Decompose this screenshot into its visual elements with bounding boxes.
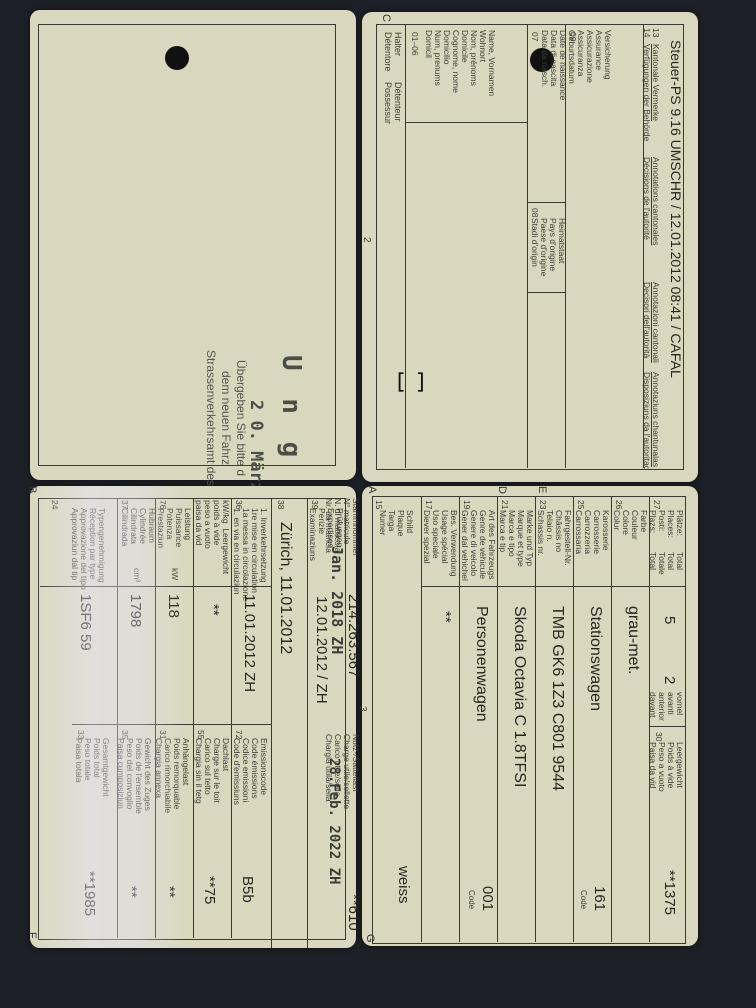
registration-number-label: Stammnummer N° matricule N. di matricola…	[324, 498, 360, 556]
name-field-label: Name, Vornamen Wohnort Nom, prénoms Domi…	[424, 30, 496, 96]
section-letter-c: C	[380, 14, 392, 22]
type-approval-value: 1SF6 59	[77, 594, 94, 651]
first-registration-value: 11.01.2012 ZH	[241, 594, 258, 692]
roof-load-label: Dachlast Charge sur le toit Carico sul t…	[194, 738, 230, 804]
power-weight-value: **	[205, 604, 222, 616]
emission-code-value: B5b	[239, 876, 256, 903]
vehicle-kind-code: 001	[479, 886, 496, 911]
emission-code-label: Emissionscode Code émissions Codice emis…	[232, 738, 268, 805]
registration-number-strip: Stammnummer N° matricule N. di matricola…	[340, 494, 362, 946]
registration-number-value: 214.263.567	[345, 594, 362, 677]
seats-total-value: 5	[661, 616, 678, 624]
technical-page-content: B 24 Typengenehmigung Réception par type…	[30, 486, 356, 948]
body-value: Stationswagen	[586, 606, 604, 711]
chassis-number-label: Fahrgestell-Nr. Châssis no Telaio n. Sch…	[536, 510, 572, 566]
power-weight-label: kW/kg Leergewicht poids à vide peso a vu…	[194, 500, 230, 574]
colour-label: Farbe Couleur Colore Colur	[612, 510, 648, 540]
first-registration-label: 1. Inverkehrsetzung 1re mise en circulat…	[232, 508, 268, 601]
plate-colour-value: weiss	[395, 866, 412, 904]
place-date-value: Zürich, 11.01.2012	[276, 522, 294, 654]
back-page-panel: U n g ü l 2 0. März 2 Übergeben Sie bitt…	[30, 10, 356, 480]
payload-value: **610	[345, 894, 362, 931]
holder-page-content: C Halter Détentore Détenteur Possessur 0…	[362, 12, 698, 482]
make-model-value: Skoda Octavia C 1.8TFSI	[510, 606, 528, 787]
holder-page-panel: C Halter Détentore Détenteur Possessur 0…	[362, 12, 698, 482]
colour-value: grau-met.	[624, 606, 642, 674]
special-use-label: Bes. Verwendung Usage spécial Uso specia…	[422, 510, 458, 577]
chassis-number-value: TMB GK6 1Z3 C801 9544	[548, 606, 566, 791]
vehicle-kind-value: Personenwagen	[472, 606, 490, 722]
holder-header-de: Halter	[393, 32, 402, 56]
insurance-label: Versicherung Assurance Assicurazione Ass…	[576, 30, 612, 83]
displacement-label: Hubraum Cylindrée Cilindrata Cilindrada	[120, 508, 156, 546]
gross-weight-value: **1985	[81, 871, 98, 916]
roof-load-value: **75	[201, 876, 218, 904]
train-weight-label: Gewicht des Zuges Poids de l'ensemble Pe…	[116, 738, 152, 814]
empty-weight-label: Leergewicht Poids à vide Peso a vuoto Pa…	[648, 742, 684, 792]
holder-header-fr2: Détentore	[383, 32, 392, 72]
vehicle-kind-label: Art des Fahrzeugs Genre de véhicule Gene…	[460, 510, 496, 581]
towing-load-value: **	[161, 886, 178, 898]
vehicle-page-panel: A 15 Schild Plaque Targa Numer weiss 17 …	[362, 486, 698, 946]
train-weight-value: **	[123, 886, 140, 898]
origin-label: Heimatstaat Pays d'origine Paese d'origi…	[530, 218, 566, 276]
holder-header-fr: Détenteur	[393, 82, 402, 122]
seats-label: Plätze: Places: Posti: Plazs:	[648, 510, 684, 538]
make-model-label: Marke und Typ Marque et type Marca e tip…	[498, 510, 534, 567]
page-number: 2	[361, 237, 372, 243]
seats-front-value: 2	[661, 676, 678, 684]
power-value: 118	[165, 594, 182, 618]
cantonal-notes-value: Steuer-PS 9.16 UMSCHR / 12.01.2012 08:41…	[668, 40, 684, 378]
body-label: Karosserie Carrosserie Carrozzeria Carro…	[574, 510, 610, 554]
technical-page-panel: B 24 Typengenehmigung Réception par type…	[30, 486, 356, 948]
transfer-notice: Übergeben Sie bitte d dem neuen Fahrz St…	[203, 350, 248, 486]
back-page-content: U n g ü l 2 0. März 2 Übergeben Sie bitt…	[30, 10, 356, 480]
type-approval-label: Typengenehmigung Réception par type Appr…	[70, 508, 106, 590]
vehicle-page-content: A 15 Schild Plaque Targa Numer weiss 17 …	[362, 486, 698, 946]
power-label: Leistung Puissance Potenza Prestaziun	[156, 508, 192, 548]
plate-label: Schild Plaque Targa Numer	[378, 510, 414, 536]
body-code: 161	[591, 886, 608, 911]
displacement-value: 1798	[127, 594, 144, 627]
holder-header-rm: Possessur	[383, 82, 392, 124]
towing-load-label: Anhängelast Poids remorquable Carico rim…	[154, 738, 190, 813]
gross-weight-label: Gesamtgewicht Poids total Peso totale Pa…	[74, 738, 110, 797]
payload-label: Nutz-/Sattellast Charge utile/sellette C…	[324, 734, 360, 809]
special-use-value: **	[437, 611, 454, 623]
empty-weight-value: **1375	[661, 870, 678, 915]
